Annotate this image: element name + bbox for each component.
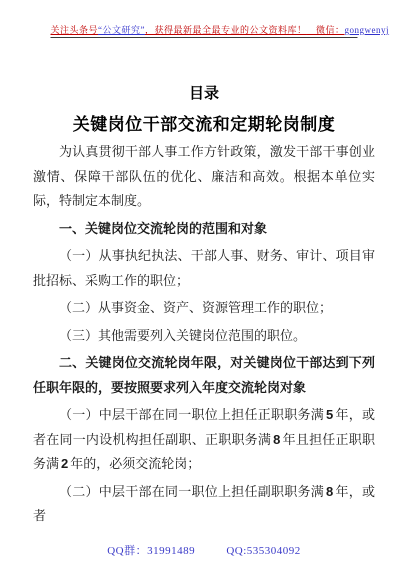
number-run: 8 [326,484,333,499]
number-run: 5 [326,407,333,422]
document-body: 为认真贯彻干部人事工作方针政策，激发干部干事创业激情、保障干部队伍的优化、廉洁和… [33,140,375,532]
paragraph-item-1-3: （三）其他需要列入关键岗位范围的职位。 [33,324,375,349]
paragraph-item-1-2: （二）从事资金、资产、资源管理工作的职位； [33,296,375,321]
section-heading-1: 一、关键岗位交流轮岗的范围和对象 [33,217,375,242]
document-title: 关键岗位干部交流和定期轮岗制度 [0,110,408,135]
promo-header: 关注头条号“公文研究”，获得最新最全最专业的公文资料库！ 微信：gongweny… [51,24,358,38]
qq-footer: QQ群：31991489 QQ:535304092 [0,542,408,558]
promo-text-segment: 微信： [307,25,345,35]
toc-title: 目录 [0,82,408,103]
text-run: （一）中层干部在同一职位上担任正职职务满 [59,407,324,422]
text-run: （二）中层干部在同一职位上担任副职职务满 [59,484,324,499]
qq-number: QQ:535304092 [226,545,300,557]
paragraph-item-2-1: （一）中层干部在同一职位上担任正职职务满5年，或者在同一内设机构担任副职、正职职… [33,403,375,477]
number-run: 8 [273,432,280,447]
qq-group-number: QQ群：31991489 [107,545,195,557]
promo-text-segment: 关注头条号 [51,25,99,35]
paragraph-intro: 为认真贯彻干部人事工作方针政策，激发干部干事创业激情、保障干部队伍的优化、廉洁和… [33,140,375,214]
number-run: 2 [61,456,68,471]
paragraph-item-1-1: （一）从事执纪执法、干部人事、财务、审计、项目审批招标、采购工作的职位； [33,244,375,293]
promo-text-segment: ，获得最新最全最专业的公文资料库！ [145,25,307,35]
document-page: 关注头条号“公文研究”，获得最新最全最专业的公文资料库！ 微信：gongweny… [0,0,408,580]
text-run: 年的，必须交流轮岗； [70,456,200,471]
promo-wechat-id: gongwenyj [345,25,390,35]
section-heading-2: 二、关键岗位交流轮岗年限，对关键岗位干部达到下列任职年限的，要按照要求列入年度交… [33,351,375,400]
promo-text-segment: “公文研究” [98,25,145,35]
paragraph-item-2-2: （二）中层干部在同一职位上担任副职职务满8年，或者 [33,480,375,529]
